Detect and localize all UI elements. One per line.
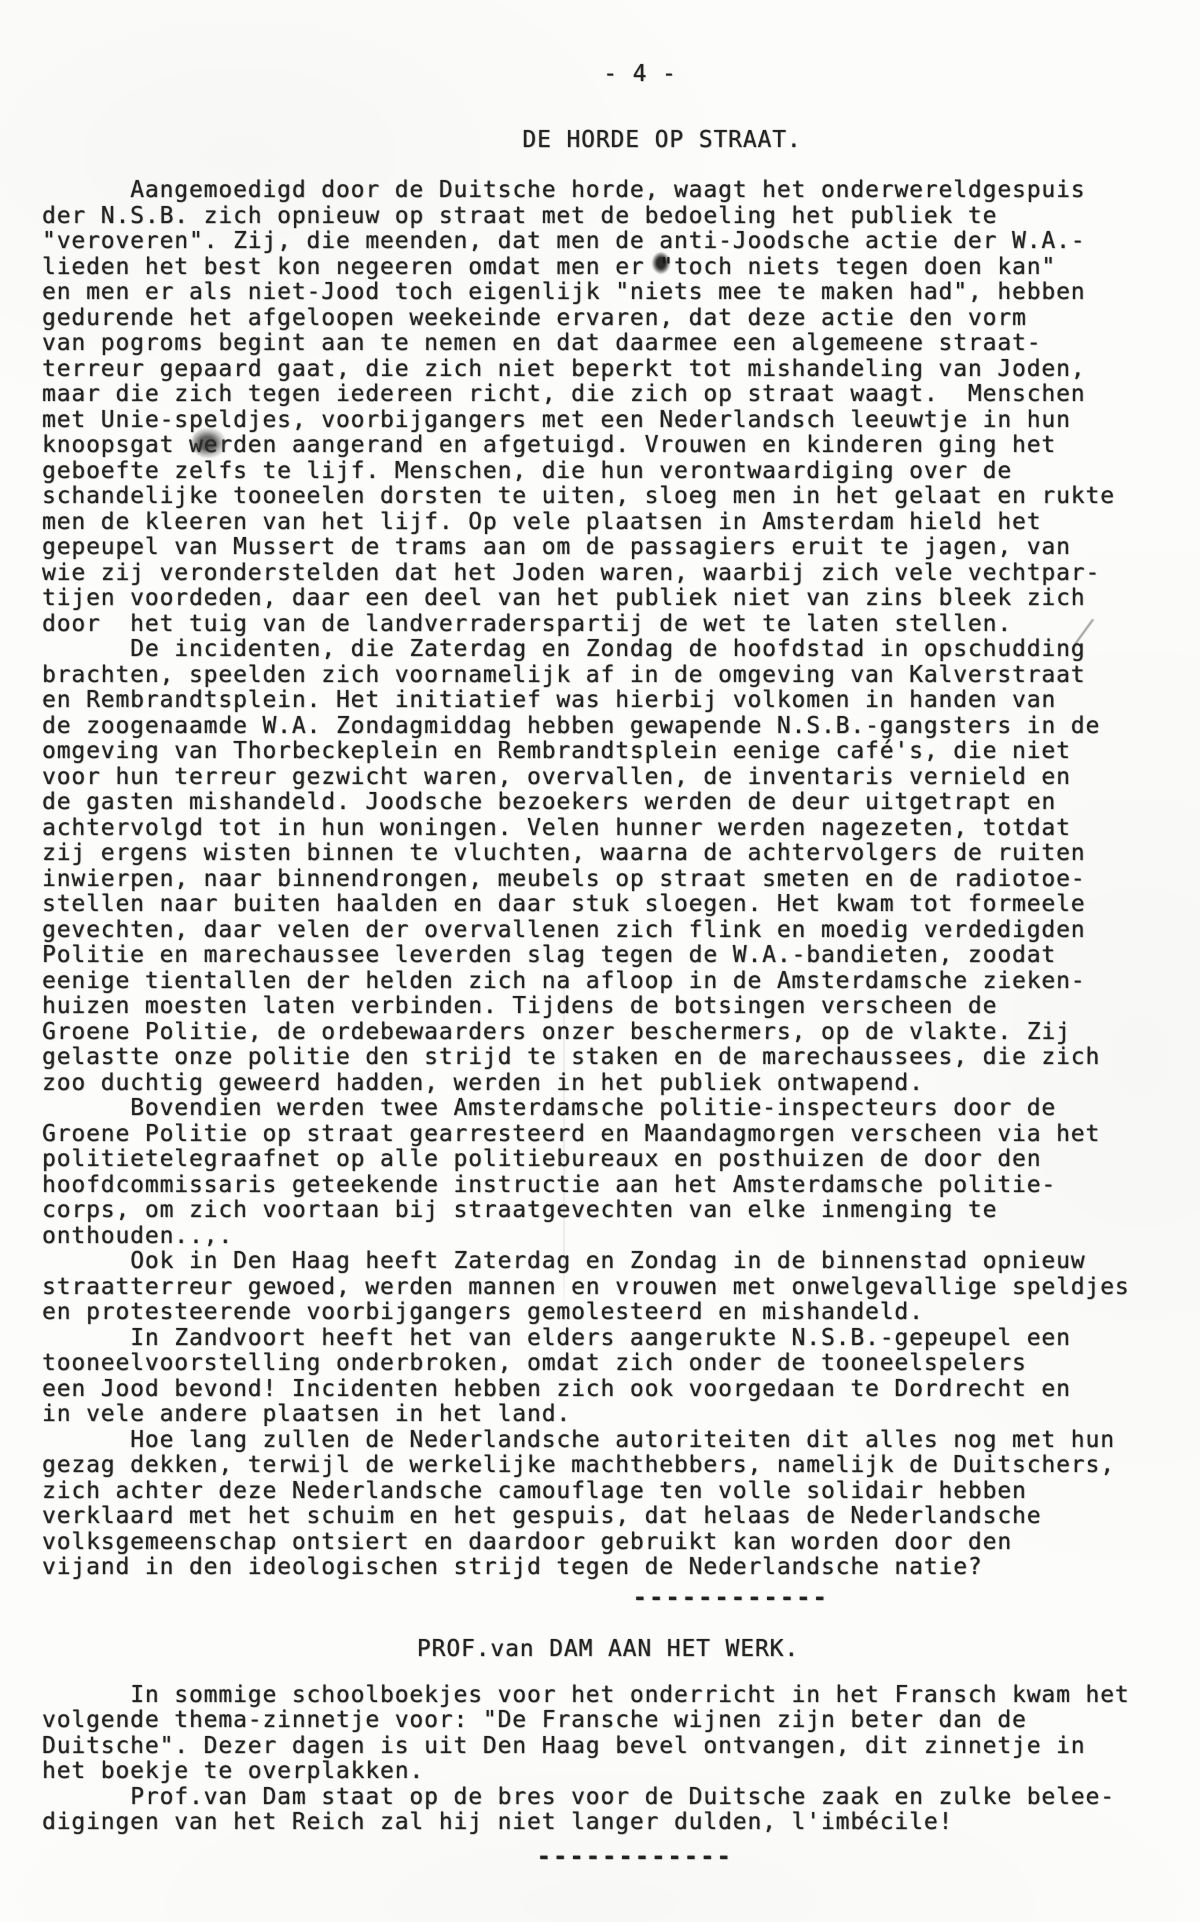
paragraph-zandvoort: In Zandvoort heeft het van elders aanger… (42, 1326, 1170, 1428)
article-de-horde-op-straat: Aangemoedigd door de Duitsche horde, waa… (0, 178, 1200, 1581)
paragraph-bovendien: Bovendien werden twee Amsterdamsche poli… (42, 1096, 1170, 1249)
article-title-prof-van-dam: PROF.van DAM AAN HET WERK. (8, 1637, 1200, 1663)
paragraph-hoe-lang: Hoe lang zullen de Nederlandsche autorit… (42, 1428, 1170, 1581)
page-number: - 4 - (40, 0, 1200, 88)
paragraph-aangemoedigd: Aangemoedigd door de Duitsche horde, waa… (42, 178, 1170, 637)
typewritten-content: - 4 - DE HORDE OP STRAAT. Aangemoedigd d… (0, 0, 1200, 1870)
scanned-document-page: - 4 - DE HORDE OP STRAAT. Aangemoedigd d… (0, 0, 1200, 1922)
paragraph-prof-van-dam-bres: Prof.van Dam staat op de bres voor de Du… (42, 1785, 1170, 1836)
paragraph-schoolboekjes: In sommige schoolboekjes voor het onderr… (42, 1683, 1170, 1785)
article-prof-van-dam: In sommige schoolboekjes voor het onderr… (0, 1683, 1200, 1836)
article-title-de-horde-op-straat: DE HORDE OP STRAAT. (62, 128, 1200, 154)
section-divider-2: ------------ (35, 1845, 1200, 1871)
paragraph-de-incidenten: De incidenten, die Zaterdag en Zondag de… (42, 637, 1170, 1096)
paragraph-den-haag: Ook in Den Haag heeft Zaterdag en Zondag… (42, 1249, 1170, 1326)
section-divider-1: ------------ (131, 1586, 1200, 1612)
